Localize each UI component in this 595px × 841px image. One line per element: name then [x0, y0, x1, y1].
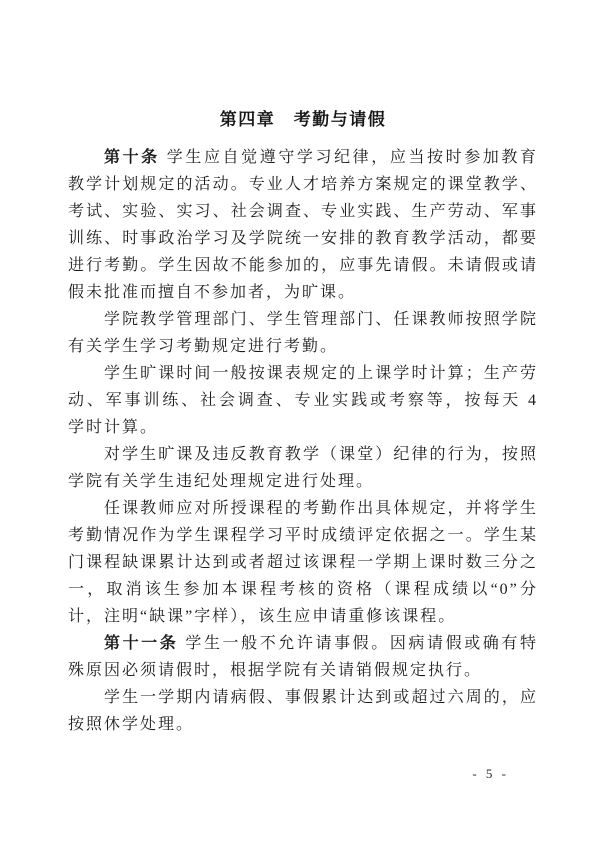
document-body: 第四章 考勤与请假 第十条学生应自觉遵守学习纪律，应当按时参加教育教学计划规定的… [68, 106, 538, 738]
paragraph: 学生一学期内请病假、事假累计达到或超过六周的，应按照休学处理。 [68, 684, 538, 738]
paragraph: 学院教学管理部门、学生管理部门、任课教师按照学院有关学生学习考勤规定进行考勤。 [68, 306, 538, 360]
document-page: 第四章 考勤与请假 第十条学生应自觉遵守学习纪律，应当按时参加教育教学计划规定的… [0, 0, 595, 841]
paragraph: 学生旷课时间一般按课表规定的上课学时计算；生产劳动、军事训练、社会调查、专业实践… [68, 360, 538, 441]
paragraph-text: 学生一学期内请病假、事假累计达到或超过六周的，应按照休学处理。 [68, 689, 538, 733]
paragraph: 第十一条学生一般不允许请事假。因病请假或确有特殊原因必须请假时，根据学院有关请销… [68, 630, 538, 684]
chapter-title: 第四章 考勤与请假 [68, 106, 538, 133]
article-number-label: 第十一条 [104, 635, 178, 652]
page-number: - 5 - [472, 766, 509, 782]
paragraph: 对学生旷课及违反教育教学（课堂）纪律的行为，按照学院有关学生违纪处理规定进行处理… [68, 441, 538, 495]
paragraph-text: 学院教学管理部门、学生管理部门、任课教师按照学院有关学生学习考勤规定进行考勤。 [68, 311, 538, 355]
paragraph-text: 学生旷课时间一般按课表规定的上课学时计算；生产劳动、军事训练、社会调查、专业实践… [68, 365, 538, 436]
paragraph-text: 任课教师应对所授课程的考勤作出具体规定，并将学生考勤情况作为学生课程学习平时成绩… [68, 500, 538, 625]
paragraph-text: 学生应自觉遵守学习纪律，应当按时参加教育教学计划规定的活动。专业人才培养方案规定… [68, 149, 538, 301]
paragraph-text: 对学生旷课及违反教育教学（课堂）纪律的行为，按照学院有关学生违纪处理规定进行处理… [68, 446, 538, 490]
article-number-label: 第十条 [104, 149, 160, 166]
paragraph: 第十条学生应自觉遵守学习纪律，应当按时参加教育教学计划规定的活动。专业人才培养方… [68, 144, 538, 306]
paragraph: 任课教师应对所授课程的考勤作出具体规定，并将学生考勤情况作为学生课程学习平时成绩… [68, 495, 538, 630]
